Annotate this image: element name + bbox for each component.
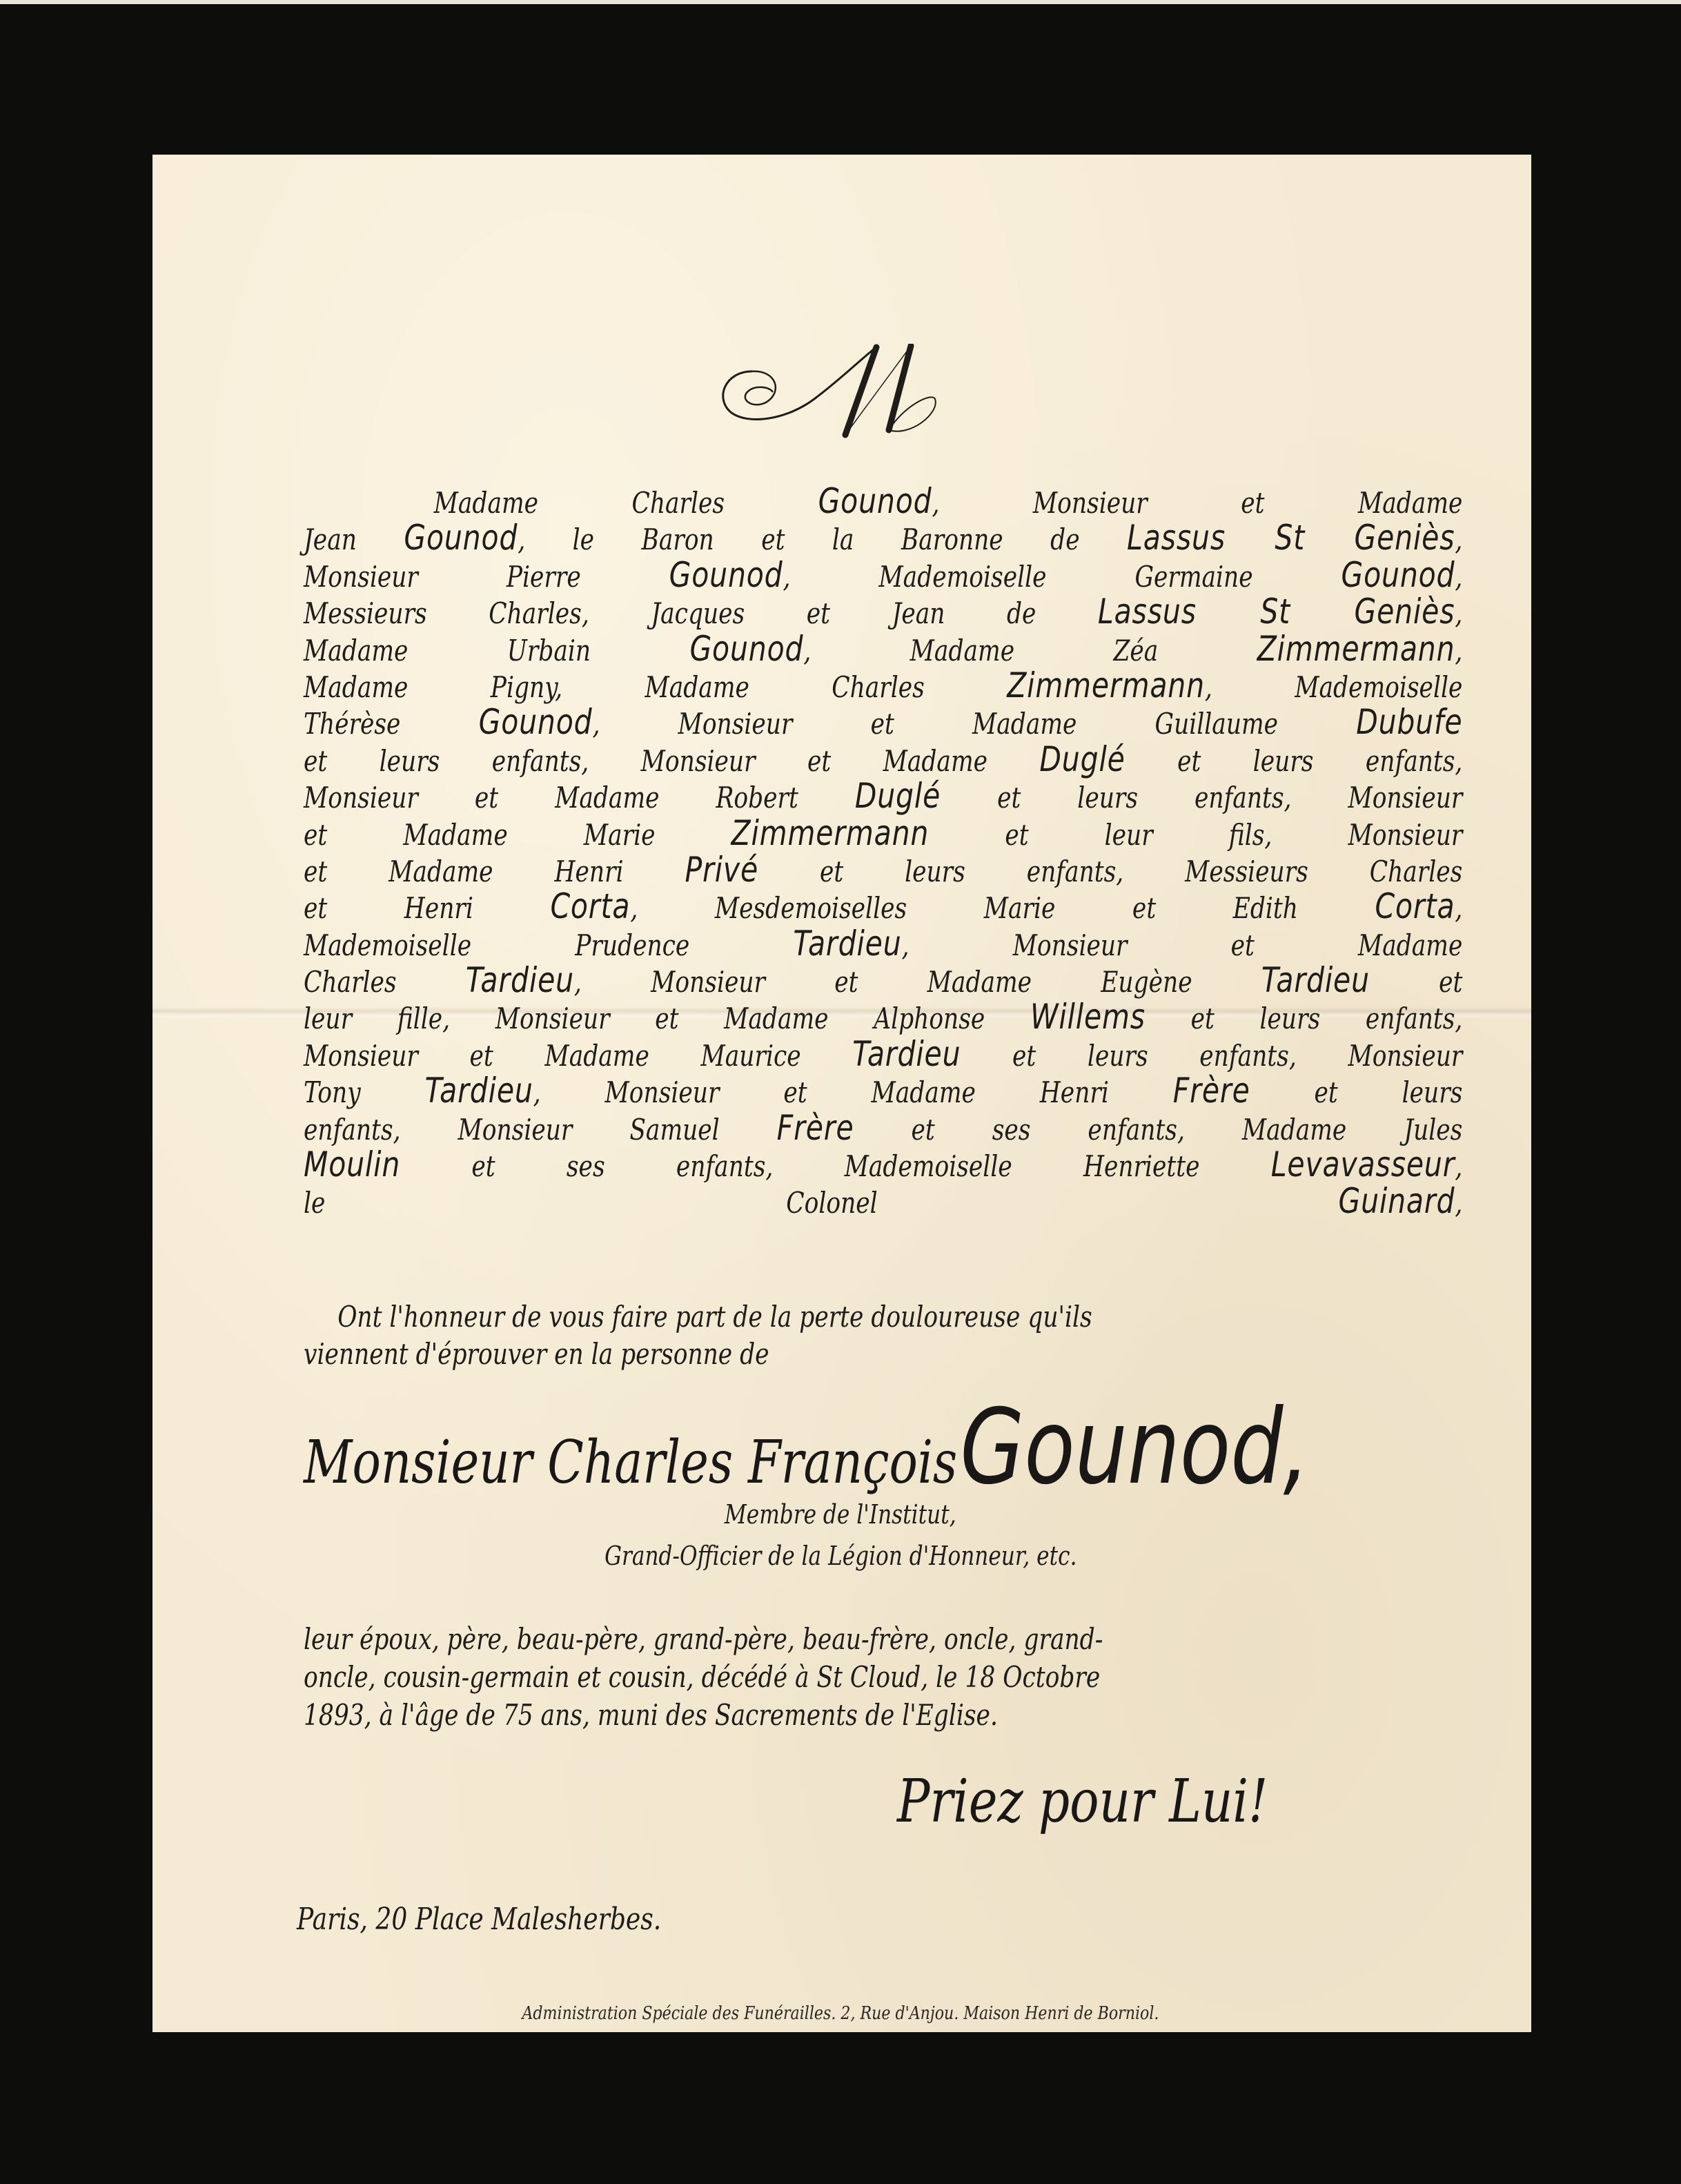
family-text: et leurs	[1250, 1075, 1463, 1109]
family-text: , Mademoiselle Germaine	[783, 560, 1341, 594]
family-surname: Tardieu	[466, 960, 574, 1000]
funeral-home-footer: Administration Spéciale des Funérailles.…	[0, 2003, 1681, 2024]
family-text: et ses enfants, Madame Jules	[854, 1113, 1463, 1147]
family-line: enfants, Monsieur Samuel Frère et ses en…	[304, 1110, 1462, 1147]
family-surname: Tardieu	[1261, 960, 1370, 1000]
family-text: , Monsieur et Madame	[932, 486, 1462, 520]
announcement-line-1: Ont l'honneur de vous faire part de la p…	[304, 1300, 1255, 1334]
title-institut: Membre de l'Institut,	[0, 1499, 1681, 1530]
family-text: et leurs enfants, Monsieur et Madame	[304, 744, 1039, 778]
family-line: Charles Tardieu, Monsieur et Madame Eugè…	[304, 962, 1462, 999]
family-text: , Madame Zéa	[803, 634, 1257, 667]
family-surname: Gounod	[669, 555, 783, 595]
family-text: Tony	[304, 1075, 425, 1109]
deceased-name: Monsieur Charles François Gounod,	[304, 1387, 1310, 1508]
family-text: et leurs enfants, Messieurs Charles	[758, 855, 1462, 888]
family-text: Monsieur et Madame Robert	[304, 781, 855, 815]
family-surname: Tardieu	[852, 1034, 961, 1074]
family-surname: Levavasseur	[1271, 1144, 1455, 1184]
family-surname: Duglé	[855, 776, 941, 816]
family-surname: Lassus St Geniès	[1098, 592, 1455, 632]
family-surname: Corta	[1375, 886, 1455, 926]
title-legion-honneur: Grand-Officier de la Légion d'Honneur, e…	[0, 1541, 1681, 1571]
family-surname: Corta	[550, 886, 630, 926]
family-surname: Moulin	[304, 1144, 400, 1184]
family-text: Jean	[304, 523, 404, 556]
deceased-given-names: Monsieur Charles François	[304, 1428, 957, 1497]
family-text: et leur fils, Monsieur	[929, 818, 1462, 852]
family-surname: Gounod	[479, 702, 593, 742]
family-surname: Tardieu	[425, 1071, 533, 1111]
family-text: ,	[1455, 1149, 1462, 1183]
family-line: le Colonel Guinard,	[304, 1183, 1462, 1220]
family-text: et	[1370, 965, 1462, 999]
family-text: ,	[1455, 523, 1462, 556]
prayer-line: Priez pour Lui!	[897, 1767, 1268, 1836]
family-text: ,	[1455, 596, 1462, 630]
family-line: Mademoiselle Prudence Tardieu, Monsieur …	[304, 926, 1462, 962]
family-line: Monsieur Pierre Gounod, Mademoiselle Ger…	[304, 557, 1462, 594]
family-text: , Monsieur et Madame Guillaume	[592, 707, 1356, 741]
family-surname: Willems	[1030, 997, 1146, 1037]
family-surname: Frère	[777, 1108, 854, 1148]
family-text: leur fille, Monsieur et Madame Alphonse	[304, 1002, 1030, 1035]
ornamental-initial-m: M	[711, 344, 938, 454]
relationship-line-3: 1893, à l'âge de 75 ans, muni des Sacrem…	[304, 1698, 998, 1732]
family-surname: Gounod	[404, 518, 518, 558]
family-text: , Monsieur et Madame Eugène	[574, 965, 1261, 999]
relationship-line-2: oncle, cousin-germain et cousin, décédé …	[304, 1660, 1100, 1694]
family-surname: Zimmermann	[731, 813, 930, 853]
family-line: Tony Tardieu, Monsieur et Madame Henri F…	[304, 1073, 1462, 1109]
family-text: et ses enfants, Mademoiselle Henriette	[400, 1149, 1271, 1183]
family-text: et leurs enfants, Monsieur	[941, 781, 1462, 815]
family-text: Thérèse	[304, 707, 479, 741]
relationship-line-1: leur époux, père, beau-père, grand-père,…	[304, 1622, 1103, 1656]
family-text: et leurs enfants,	[1125, 744, 1463, 778]
family-text: ,	[1455, 1186, 1462, 1220]
family-surname: Zimmermann	[1257, 629, 1455, 669]
family-text: et Madame Henri	[304, 855, 685, 888]
family-text: Monsieur Pierre	[304, 560, 669, 594]
family-text: ,	[1455, 634, 1462, 667]
family-line: Moulin et ses enfants, Mademoiselle Henr…	[304, 1147, 1462, 1183]
family-text: et leurs enfants, Monsieur	[961, 1039, 1462, 1073]
family-text: Madame Charles	[434, 486, 818, 520]
family-text: et Henri	[304, 891, 550, 925]
family-text: , le Baron et la Baronne de	[518, 523, 1127, 556]
family-text: et Madame Marie	[304, 818, 731, 852]
family-line: Madame Charles Gounod, Monsieur et Madam…	[304, 483, 1462, 520]
family-line: Thérèse Gounod, Monsieur et Madame Guill…	[304, 704, 1462, 741]
family-text: et leurs enfants,	[1146, 1002, 1462, 1035]
family-text: , Monsieur et Madame	[902, 928, 1463, 962]
family-text: Madame Pigny, Madame Charles	[304, 670, 1007, 704]
family-text: le Colonel	[304, 1186, 1339, 1220]
family-text: Madame Urbain	[304, 634, 689, 667]
family-surname: Zimmermann	[1007, 665, 1205, 705]
family-address: Paris, 20 Place Malesherbes.	[297, 1902, 661, 1937]
scan-edge	[0, 0, 1681, 4]
family-text: Messieurs Charles, Jacques et Jean de	[304, 596, 1098, 630]
family-line: et Madame Henri Privé et leurs enfants, …	[304, 852, 1462, 888]
family-surname: Tardieu	[793, 924, 901, 964]
family-list: Madame Charles Gounod, Monsieur et Madam…	[304, 483, 1463, 1220]
family-text: Mademoiselle Prudence	[304, 928, 793, 962]
family-text: ,	[1455, 560, 1462, 594]
deceased-family-name: Gounod,	[960, 1387, 1309, 1508]
family-text: , Mesdemoiselles Marie et Edith	[630, 891, 1375, 925]
family-line: et Madame Marie Zimmermann et leur fils,…	[304, 815, 1462, 852]
family-line: Madame Pigny, Madame Charles Zimmermann,…	[304, 667, 1462, 704]
family-line: leur fille, Monsieur et Madame Alphonse …	[304, 999, 1462, 1035]
family-surname: Gounod	[689, 629, 803, 669]
family-text: enfants, Monsieur Samuel	[304, 1113, 777, 1147]
family-line: Madame Urbain Gounod, Madame Zéa Zimmerm…	[304, 631, 1462, 667]
family-text: ,	[1455, 891, 1462, 925]
announcement-line-2: viennent d'éprouver en la personne de	[304, 1337, 1255, 1371]
family-line: et Henri Corta, Mesdemoiselles Marie et …	[304, 888, 1462, 925]
family-surname: Duglé	[1039, 739, 1125, 779]
family-line: Jean Gounod, le Baron et la Baronne de L…	[304, 520, 1462, 556]
family-surname: Gounod	[1341, 555, 1455, 595]
family-surname: Privé	[685, 850, 758, 890]
family-surname: Lassus St Geniès	[1127, 518, 1455, 558]
family-surname: Gounod	[818, 481, 932, 521]
family-surname: Frère	[1173, 1071, 1250, 1111]
family-text: , Monsieur et Madame Henri	[533, 1075, 1173, 1109]
family-text: , Mademoiselle	[1205, 670, 1462, 704]
family-surname: Dubufe	[1356, 702, 1462, 742]
family-line: Monsieur et Madame Robert Duglé et leurs…	[304, 778, 1462, 815]
family-surname: Guinard	[1339, 1181, 1455, 1221]
family-line: Messieurs Charles, Jacques et Jean de La…	[304, 594, 1462, 630]
family-text: Monsieur et Madame Maurice	[304, 1039, 852, 1073]
family-text: Charles	[304, 965, 466, 999]
family-line: et leurs enfants, Monsieur et Madame Dug…	[304, 741, 1462, 778]
family-line: Monsieur et Madame Maurice Tardieu et le…	[304, 1036, 1462, 1073]
